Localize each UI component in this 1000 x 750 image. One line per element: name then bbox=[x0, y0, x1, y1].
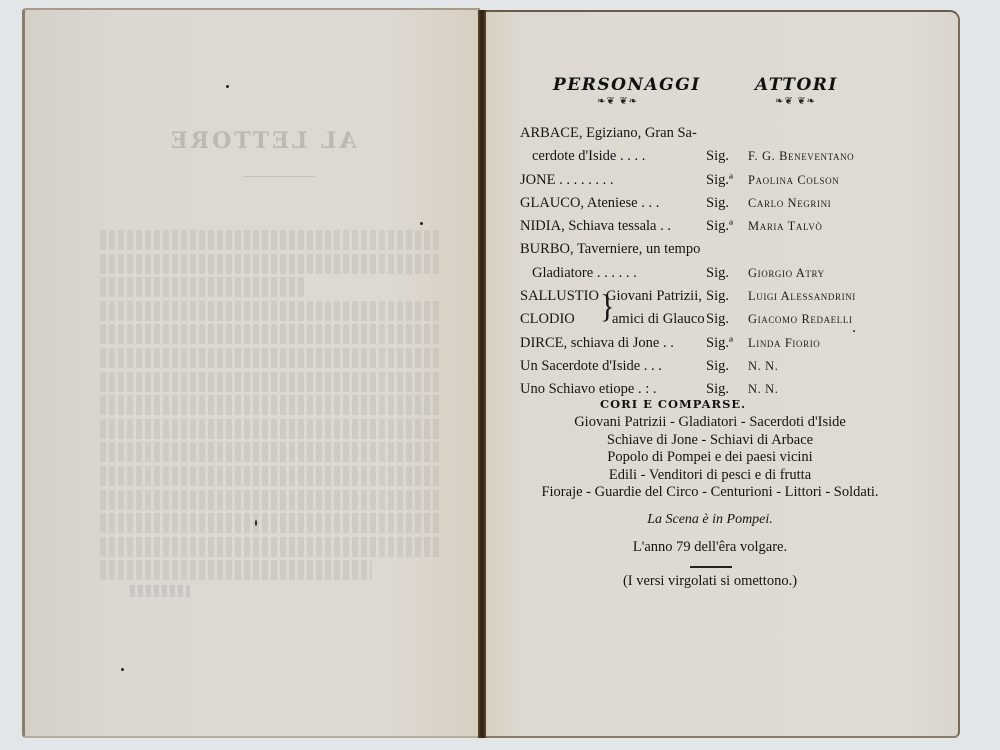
ghost-line bbox=[100, 324, 440, 344]
cast-list: ARBACE, Egiziano, Gran Sa- cerdote d'Isi… bbox=[520, 122, 880, 402]
ghost-line bbox=[100, 254, 440, 274]
actor-name: N. N. bbox=[748, 378, 778, 401]
role-name: JONE . . . . . . . . bbox=[520, 169, 613, 192]
honorific: Sig. bbox=[706, 355, 729, 378]
paper-speck bbox=[121, 668, 124, 671]
cast-row: ARBACE, Egiziano, Gran Sa- cerdote d'Isi… bbox=[520, 122, 880, 169]
book-gutter bbox=[478, 10, 486, 738]
ghost-line bbox=[100, 513, 440, 533]
header-personaggi: PERSONAGGI bbox=[553, 75, 701, 95]
actor-name: Paolina Colson bbox=[748, 169, 839, 192]
role-description: amici di Glauco bbox=[612, 308, 705, 331]
honorific: Sig.ª bbox=[706, 169, 733, 192]
actor-name: N. N. bbox=[748, 355, 778, 378]
cori-list: Giovani Patrizii - Gladiatori - Sacerdot… bbox=[510, 414, 910, 502]
ghost-line bbox=[100, 490, 440, 510]
ghost-line bbox=[100, 537, 440, 557]
actor-name: Linda Fiorio bbox=[748, 332, 820, 355]
actor-name: Maria Talvò bbox=[748, 215, 822, 238]
role-name: DIRCE, schiava di Jone . . bbox=[520, 332, 674, 355]
ghost-line bbox=[100, 419, 440, 439]
role-name-continued: cerdote d'Iside . . . . bbox=[532, 145, 645, 168]
bleed-through-text-block bbox=[100, 230, 440, 584]
ghost-line bbox=[100, 560, 372, 580]
honorific: Sig. bbox=[706, 262, 729, 285]
role-name: SALLUSTIO bbox=[520, 285, 599, 308]
actor-name: F. G. Beneventano bbox=[748, 145, 854, 168]
ghost-line bbox=[100, 442, 440, 462]
paper-speck bbox=[226, 85, 229, 88]
cast-row: Un Sacerdote d'Iside . . . Sig. N. N. bbox=[520, 355, 880, 378]
paper-speck bbox=[853, 330, 855, 332]
year-setting: L'anno 79 dell'êra volgare. bbox=[510, 539, 910, 556]
actor-name: Carlo Negrini bbox=[748, 192, 831, 215]
honorific: Sig. bbox=[706, 145, 729, 168]
ghost-line bbox=[100, 348, 440, 368]
cori-line: Popolo di Pompei e dei paesi vicini bbox=[510, 449, 910, 467]
paper-speck bbox=[255, 520, 257, 526]
role-description: Giovani Patrizii, bbox=[606, 285, 702, 308]
cori-line: Giovani Patrizii - Gladiatori - Sacerdot… bbox=[510, 414, 910, 432]
cast-row: JONE . . . . . . . . Sig.ª Paolina Colso… bbox=[520, 169, 880, 192]
paper-speck bbox=[420, 222, 423, 225]
actor-name: Giorgio Atry bbox=[748, 262, 825, 285]
honorific: Sig. bbox=[706, 192, 729, 215]
role-name: GLAUCO, Ateniese . . . bbox=[520, 192, 659, 215]
bleed-through-signature bbox=[130, 585, 190, 597]
cast-row-pair: SALLUSTIO CLODIO } Giovani Patrizii, ami… bbox=[520, 285, 880, 332]
actor-name: Giacomo Redaelli bbox=[748, 308, 853, 331]
role-name: NIDIA, Schiava tessala . . bbox=[520, 215, 671, 238]
verses-note: (I versi virgolati si omettono.) bbox=[510, 573, 910, 590]
fleuron-ornament-icon: ❧❦ ❦❧ bbox=[775, 96, 816, 107]
fleuron-ornament-icon: ❧❦ ❦❧ bbox=[597, 96, 638, 107]
honorific: Sig. bbox=[706, 285, 729, 308]
honorific: Sig.ª bbox=[706, 215, 733, 238]
scene-setting: La Scena è in Pompei. bbox=[510, 512, 910, 528]
cast-row: BURBO, Taverniere, un tempo Gladiatore .… bbox=[520, 238, 880, 285]
cast-row: DIRCE, schiava di Jone . . Sig.ª Linda F… bbox=[520, 332, 880, 355]
role-name: BURBO, Taverniere, un tempo bbox=[520, 238, 700, 261]
ghost-line bbox=[100, 395, 440, 415]
bleed-through-rule bbox=[243, 176, 315, 177]
cori-line: Schiave di Jone - Schiavi di Arbace bbox=[510, 432, 910, 450]
role-name: ARBACE, Egiziano, Gran Sa- bbox=[520, 122, 697, 145]
ghost-line bbox=[100, 277, 304, 297]
role-name-continued: Gladiatore . . . . . . bbox=[532, 262, 637, 285]
cori-heading: CORI E COMPARSE. bbox=[600, 397, 746, 411]
bleed-through-title: AL LETTORE bbox=[168, 128, 357, 154]
role-name: CLODIO bbox=[520, 308, 575, 331]
actor-name: Luigi Alessandrini bbox=[748, 285, 856, 308]
cast-row: NIDIA, Schiava tessala . . Sig.ª Maria T… bbox=[520, 215, 880, 238]
ghost-line bbox=[100, 372, 440, 392]
honorific: Sig. bbox=[706, 308, 729, 331]
cori-line: Fioraje - Guardie del Circo - Centurioni… bbox=[510, 484, 910, 502]
role-name: Un Sacerdote d'Iside . . . bbox=[520, 355, 662, 378]
honorific: Sig.ª bbox=[706, 332, 733, 355]
cori-line: Edili - Venditori di pesci e di frutta bbox=[510, 467, 910, 485]
ghost-line bbox=[100, 466, 440, 486]
header-attori: ATTORI bbox=[755, 75, 838, 95]
cast-row: GLAUCO, Ateniese . . . Sig. Carlo Negrin… bbox=[520, 192, 880, 215]
ghost-line bbox=[100, 230, 440, 250]
divider-rule bbox=[690, 566, 732, 568]
ghost-line bbox=[100, 301, 440, 321]
